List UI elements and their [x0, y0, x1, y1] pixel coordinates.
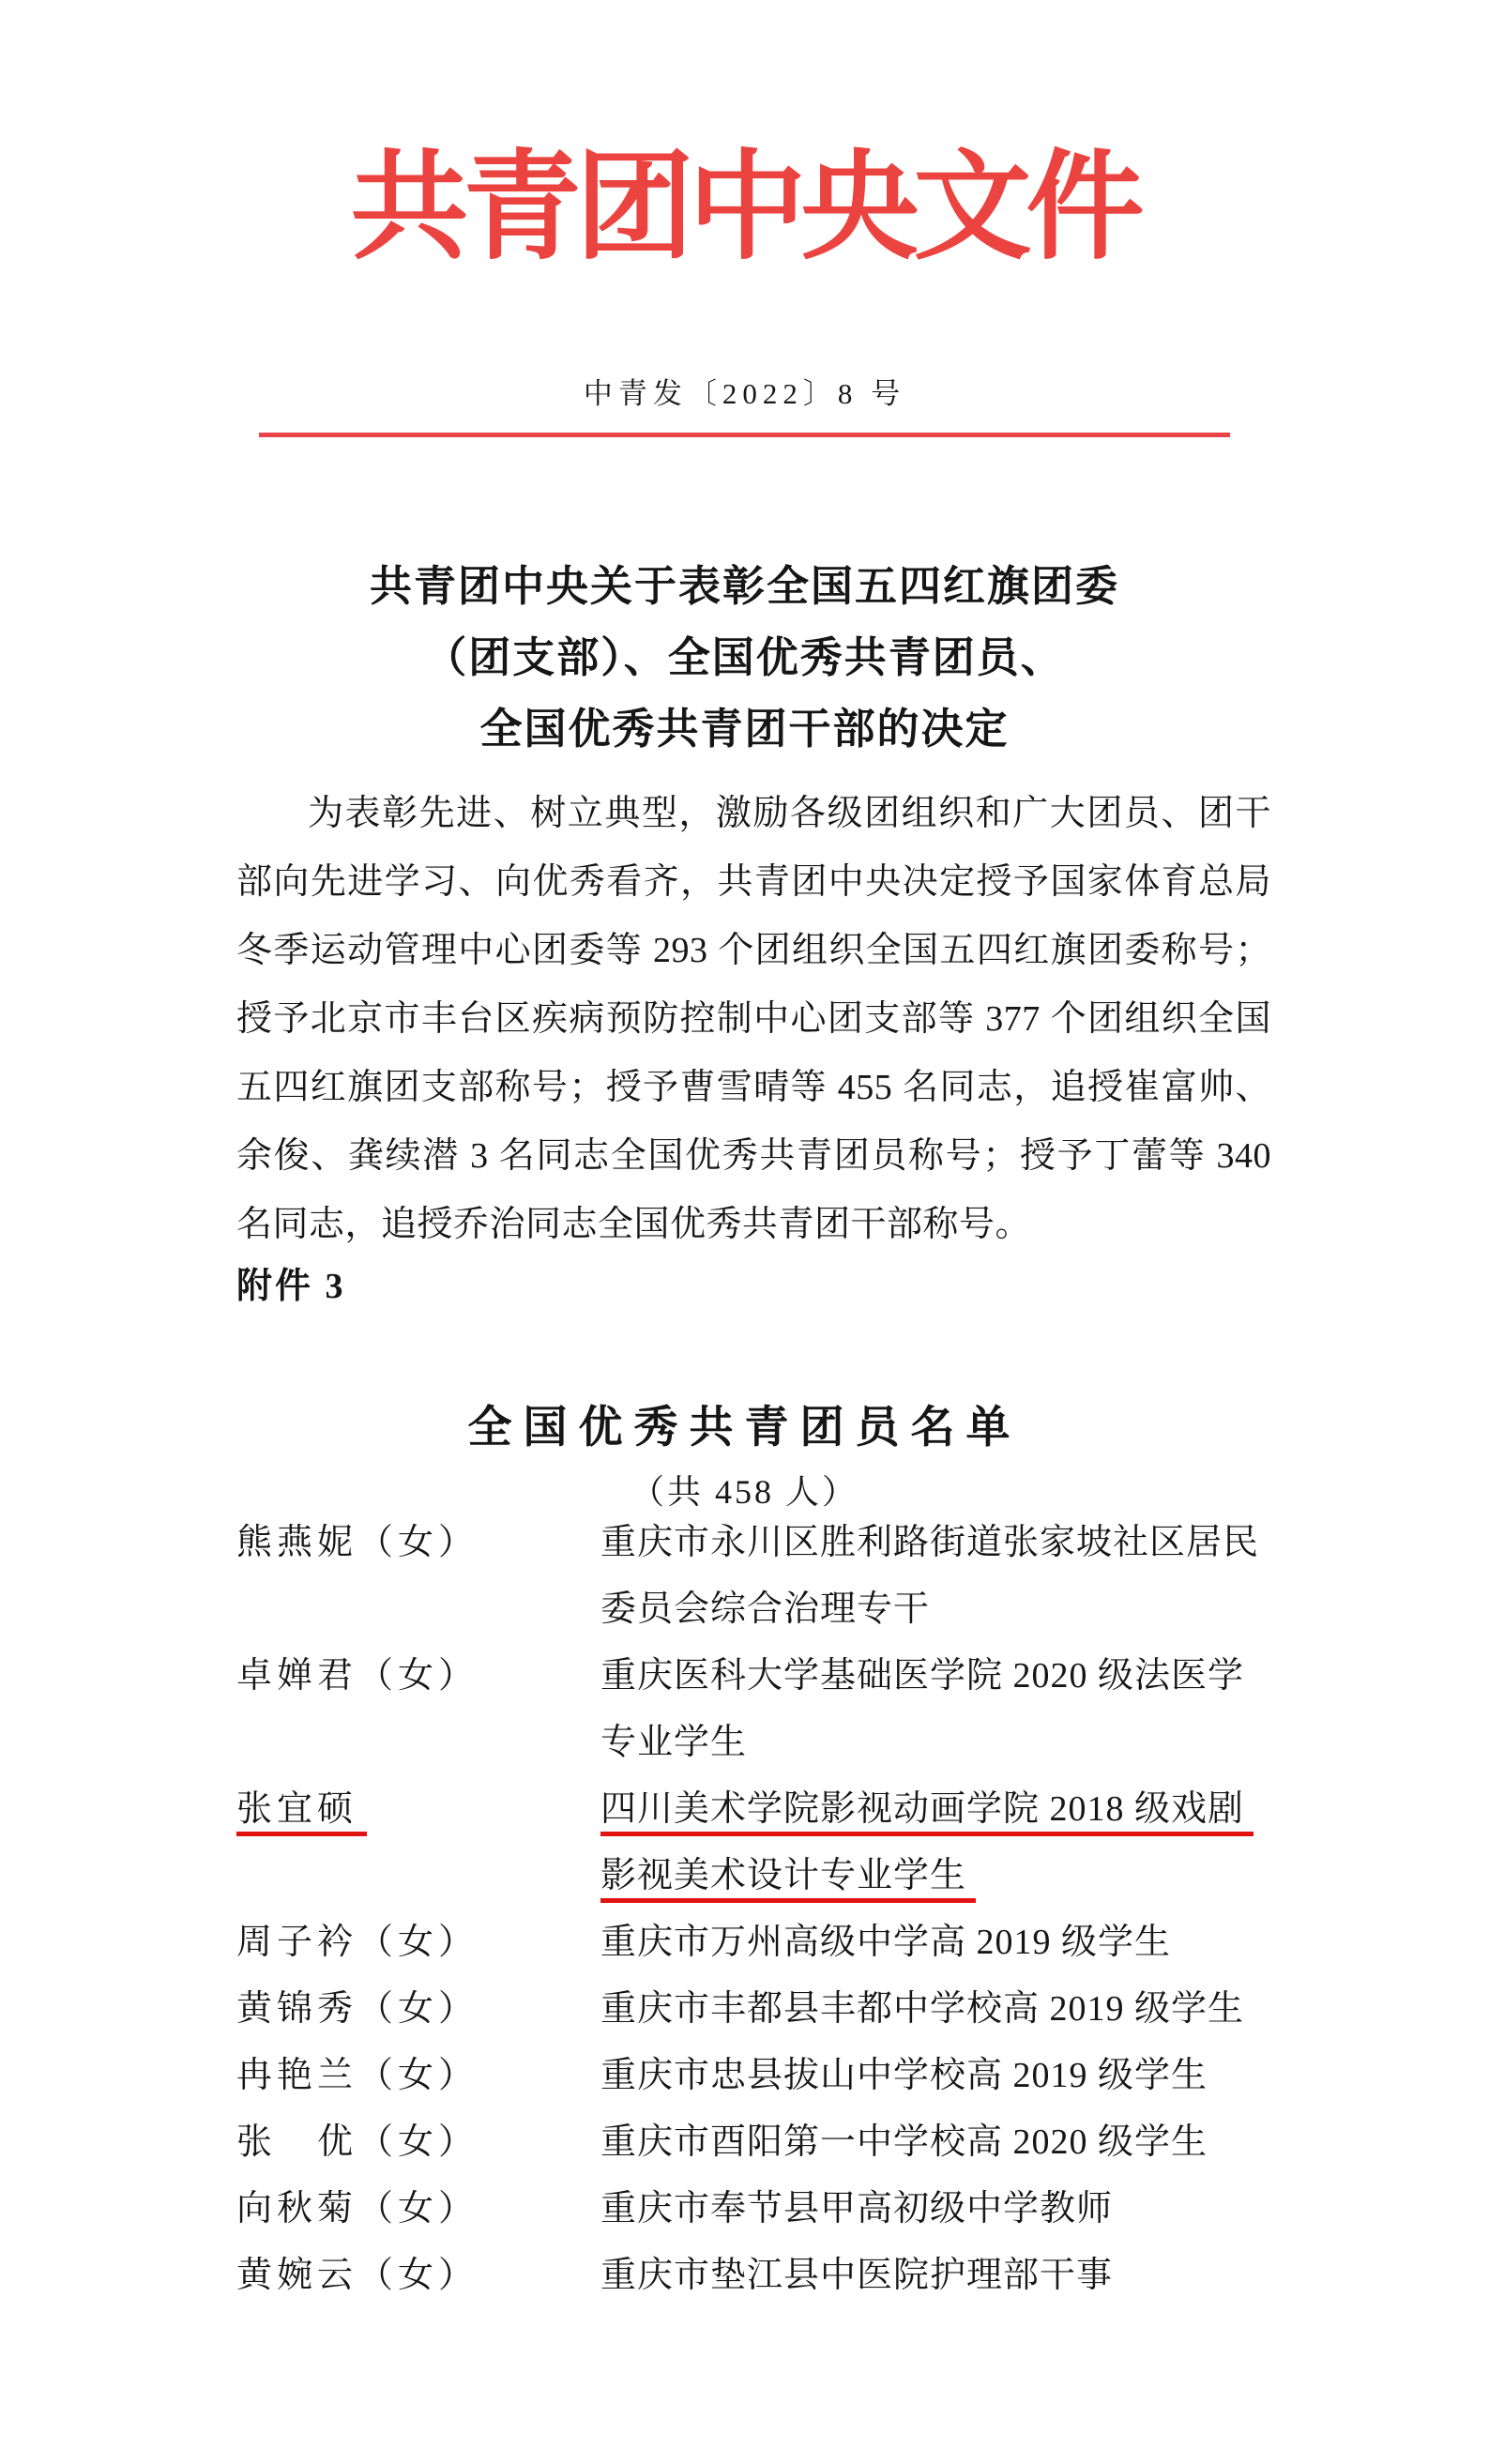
headline-line-3: 全国优秀共青团干部的决定 [0, 693, 1489, 765]
roster-description: 重庆市丰都县丰都中学校高 2019 级学生 [600, 1976, 1271, 2043]
roster-name-text-underlined: 张宜硕 [236, 1789, 367, 1836]
document-header-title: 共青团中央文件 [0, 144, 1489, 274]
roster-desc-line: 四川美术学院影视动画学院 2018 级戏剧 [600, 1776, 1271, 1843]
roster-list: 熊燕妮（女） 重庆市永川区胜利路街道张家坡社区居民 委员会综合治理专干 卓婵君（… [236, 1510, 1271, 2309]
roster-desc-line: 重庆市丰都县丰都中学校高 2019 级学生 [600, 1976, 1271, 2043]
roster-name-text: 熊燕妮（女） [236, 1523, 479, 1562]
body-line: 授予北京市丰台区疾病预防控制中心团支部等 377 个团组织全国 [236, 985, 1271, 1054]
roster-desc-text: 重庆市万州高级中学高 2019 级学生 [600, 1923, 1171, 1962]
roster-desc-text: 重庆市丰都县丰都中学校高 2019 级学生 [600, 1989, 1244, 2029]
roster-name: 张 优（女） [236, 2109, 600, 2176]
roster-description: 重庆医科大学基础医学院 2020 级法医学 专业学生 [600, 1643, 1271, 1776]
roster-desc-line: 委员会综合治理专干 [600, 1576, 1271, 1643]
roster-name-text: 张 优（女） [236, 2122, 479, 2162]
document-number: 中青发〔2022〕8 号 [0, 375, 1489, 413]
roster-name: 向秋菊（女） [236, 2176, 600, 2243]
roster-row: 熊燕妮（女） 重庆市永川区胜利路街道张家坡社区居民 委员会综合治理专干 [236, 1510, 1271, 1643]
body-paragraph: 为表彰先进、树立典型，激励各级团组织和广大团员、团干 部向先进学习、向优秀看齐，… [236, 780, 1271, 1259]
document-headline: 共青团中央关于表彰全国五四红旗团委 （团支部）、全国优秀共青团员、 全国优秀共青… [0, 551, 1489, 765]
roster-name-text: 向秋菊（女） [236, 2189, 479, 2228]
roster-name-text: 卓婵君（女） [236, 1656, 479, 1696]
roster-row: 冉艳兰（女） 重庆市忠县拔山中学校高 2019 级学生 [236, 2043, 1271, 2109]
roster-row: 张 优（女） 重庆市酉阳第一中学校高 2020 级学生 [236, 2109, 1271, 2176]
headline-line-1: 共青团中央关于表彰全国五四红旗团委 [0, 551, 1489, 622]
roster-desc-text-underlined: 影视美术设计专业学生 [600, 1856, 976, 1903]
roster-name: 张宜硕 [236, 1776, 600, 1843]
roster-name: 黄婉云（女） [236, 2243, 600, 2309]
roster-row-highlighted: 张宜硕 四川美术学院影视动画学院 2018 级戏剧 影视美术设计专业学生 [236, 1776, 1271, 1909]
roster-desc-text: 专业学生 [600, 1723, 747, 1762]
roster-desc-line: 重庆医科大学基础医学院 2020 级法医学 [600, 1643, 1271, 1710]
roster-desc-line: 重庆市永川区胜利路街道张家坡社区居民 [600, 1510, 1271, 1576]
roster-desc-line: 影视美术设计专业学生 [600, 1843, 1271, 1909]
roster-row: 周子衿（女） 重庆市万州高级中学高 2019 级学生 [236, 1909, 1271, 1976]
roster-desc-line: 重庆市奉节县甲高初级中学教师 [600, 2176, 1271, 2243]
roster-desc-text: 重庆市酉阳第一中学校高 2020 级学生 [600, 2122, 1208, 2162]
roster-name: 卓婵君（女） [236, 1643, 600, 1710]
roster-name: 熊燕妮（女） [236, 1510, 600, 1576]
roster-row: 黄婉云（女） 重庆市垫江县中医院护理部干事 [236, 2243, 1271, 2309]
roster-name-text: 黄婉云（女） [236, 2256, 479, 2295]
roster-desc-text: 重庆市垫江县中医院护理部干事 [600, 2256, 1113, 2295]
body-line: 为表彰先进、树立典型，激励各级团组织和广大团员、团干 [236, 780, 1271, 848]
roster-row: 向秋菊（女） 重庆市奉节县甲高初级中学教师 [236, 2176, 1271, 2243]
roster-count: （共 458 人） [0, 1475, 1489, 1509]
roster-name: 黄锦秀（女） [236, 1976, 600, 2043]
body-line: 五四红旗团支部称号；授予曹雪晴等 455 名同志，追授崔富帅、 [236, 1054, 1271, 1122]
roster-description: 重庆市万州高级中学高 2019 级学生 [600, 1909, 1271, 1976]
roster-description: 重庆市垫江县中医院护理部干事 [600, 2243, 1271, 2309]
roster-desc-text: 重庆医科大学基础医学院 2020 级法医学 [600, 1656, 1244, 1696]
roster-desc-line: 专业学生 [600, 1710, 1271, 1776]
roster-desc-text: 重庆市忠县拔山中学校高 2019 级学生 [600, 2056, 1208, 2095]
roster-desc-text-underlined: 四川美术学院影视动画学院 2018 级戏剧 [600, 1789, 1253, 1836]
roster-name: 周子衿（女） [236, 1909, 600, 1976]
roster-desc-line: 重庆市垫江县中医院护理部干事 [600, 2243, 1271, 2309]
roster-desc-text: 重庆市奉节县甲高初级中学教师 [600, 2189, 1113, 2228]
roster-row: 黄锦秀（女） 重庆市丰都县丰都中学校高 2019 级学生 [236, 1976, 1271, 2043]
roster-desc-line: 重庆市万州高级中学高 2019 级学生 [600, 1909, 1271, 1976]
headline-line-2: （团支部）、全国优秀共青团员、 [0, 622, 1489, 693]
roster-description: 重庆市奉节县甲高初级中学教师 [600, 2176, 1271, 2243]
body-line: 部向先进学习、向优秀看齐，共青团中央决定授予国家体育总局 [236, 848, 1271, 917]
roster-name-text: 黄锦秀（女） [236, 1989, 479, 2029]
roster-title: 全国优秀共青团员名单 [0, 1400, 1489, 1456]
attachment-label: 附件 3 [236, 1259, 1271, 1314]
roster-description: 重庆市酉阳第一中学校高 2020 级学生 [600, 2109, 1271, 2176]
body-line: 冬季运动管理中心团委等 293 个团组织全国五四红旗团委称号； [236, 917, 1271, 985]
red-divider-rule [259, 433, 1230, 437]
roster-description: 重庆市忠县拔山中学校高 2019 级学生 [600, 2043, 1271, 2109]
roster-desc-text: 重庆市永川区胜利路街道张家坡社区居民 [600, 1523, 1259, 1562]
roster-description: 四川美术学院影视动画学院 2018 级戏剧 影视美术设计专业学生 [600, 1776, 1271, 1909]
roster-desc-line: 重庆市忠县拔山中学校高 2019 级学生 [600, 2043, 1271, 2109]
roster-desc-text: 委员会综合治理专干 [600, 1589, 930, 1629]
body-line: 名同志，追授乔治同志全国优秀共青团干部称号。 [236, 1191, 1271, 1259]
body-line: 余俊、龚续潜 3 名同志全国优秀共青团员称号；授予丁蕾等 340 [236, 1122, 1271, 1191]
roster-row: 卓婵君（女） 重庆医科大学基础医学院 2020 级法医学 专业学生 [236, 1643, 1271, 1776]
roster-name: 冉艳兰（女） [236, 2043, 600, 2109]
roster-name-text: 冉艳兰（女） [236, 2056, 479, 2095]
roster-description: 重庆市永川区胜利路街道张家坡社区居民 委员会综合治理专干 [600, 1510, 1271, 1643]
roster-name-text: 周子衿（女） [236, 1923, 479, 1962]
roster-desc-line: 重庆市酉阳第一中学校高 2020 级学生 [600, 2109, 1271, 2176]
document-page: 共青团中央文件 中青发〔2022〕8 号 共青团中央关于表彰全国五四红旗团委 （… [0, 0, 1489, 2464]
